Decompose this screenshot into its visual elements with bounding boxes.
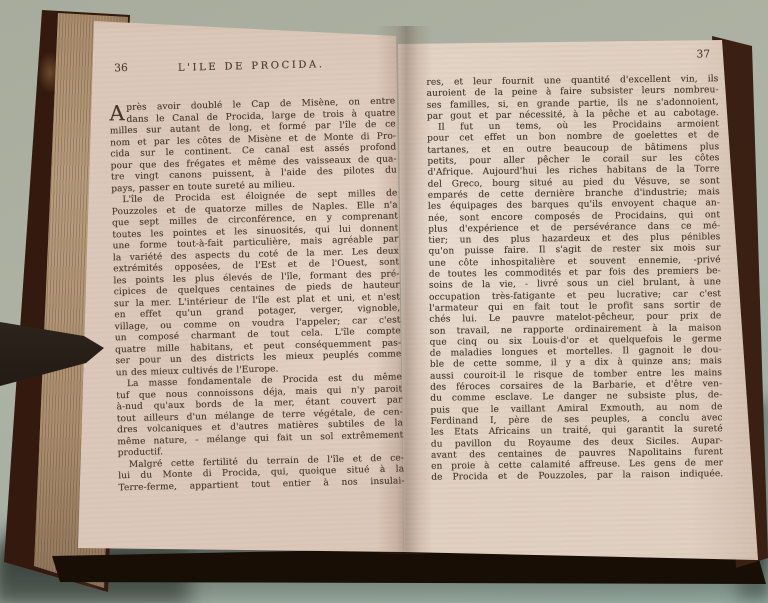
running-header: L'ILE DE PROCIDA. xyxy=(108,58,394,76)
photo-of-open-book: 36 L'ILE DE PROCIDA. A près avoir doublé… xyxy=(0,0,768,603)
page-number-right: 37 xyxy=(696,48,710,60)
left-page-text: 36 L'ILE DE PROCIDA. A près avoir doublé… xyxy=(108,54,405,511)
drop-cap: A xyxy=(109,103,125,124)
right-text-block: res, et leur fournit une quantité d'exce… xyxy=(426,74,723,484)
left-text-block: A près avoir doublé le Cap de Misène, on… xyxy=(109,96,404,494)
right-page-text: 37 res, et leur fournit une quantité d'e… xyxy=(426,48,723,502)
text-line: de Procida et de Pouzzoles, par la raiso… xyxy=(431,470,723,485)
